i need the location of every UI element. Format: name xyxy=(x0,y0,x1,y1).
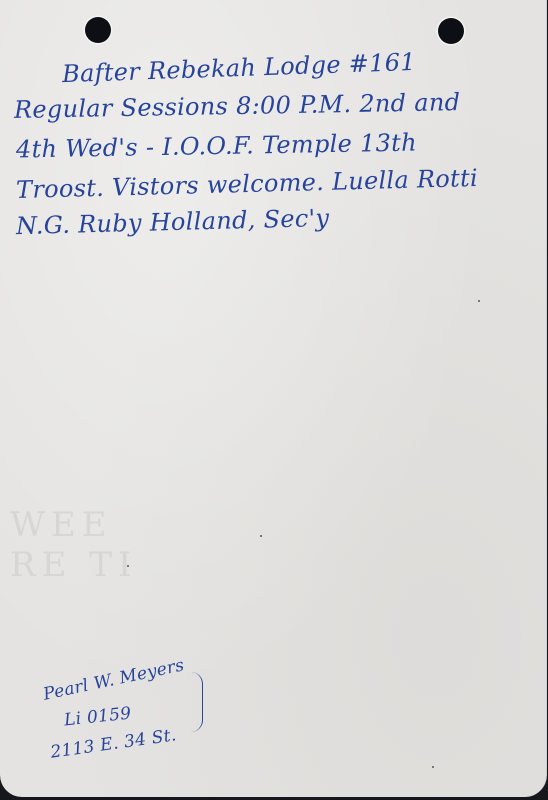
contact-name: Pearl W. Meyers xyxy=(41,655,186,704)
stamp-line: RE TI xyxy=(10,545,137,585)
temple-line: 4th Wed's - I.O.O.F. Temple 13th xyxy=(16,129,417,164)
paper-speck xyxy=(432,766,434,768)
faint-stamp-mark: WEE RE TI xyxy=(10,505,137,585)
secretary-line: N.G. Ruby Holland, Sec'y xyxy=(16,204,330,240)
paper-speck xyxy=(127,565,129,567)
bracket-mark xyxy=(186,672,203,732)
paper-speck xyxy=(260,535,262,537)
lodge-name-line: Bafter Rebekah Lodge #161 xyxy=(62,48,417,88)
index-card: WEE RE TI Bafter Rebekah Lodge #161 Regu… xyxy=(0,0,547,797)
stamp-line: WEE xyxy=(10,505,137,545)
contact-address: 2113 E. 34 St. xyxy=(49,725,178,762)
sessions-line: Regular Sessions 8:00 P.M. 2nd and xyxy=(14,88,461,124)
visitors-line: Troost. Vistors welcome. Luella Rotti xyxy=(16,164,479,204)
punch-hole-right xyxy=(438,18,464,44)
paper-speck xyxy=(478,300,480,302)
contact-phone: Li 0159 xyxy=(63,704,132,731)
punch-hole-left xyxy=(85,17,111,43)
